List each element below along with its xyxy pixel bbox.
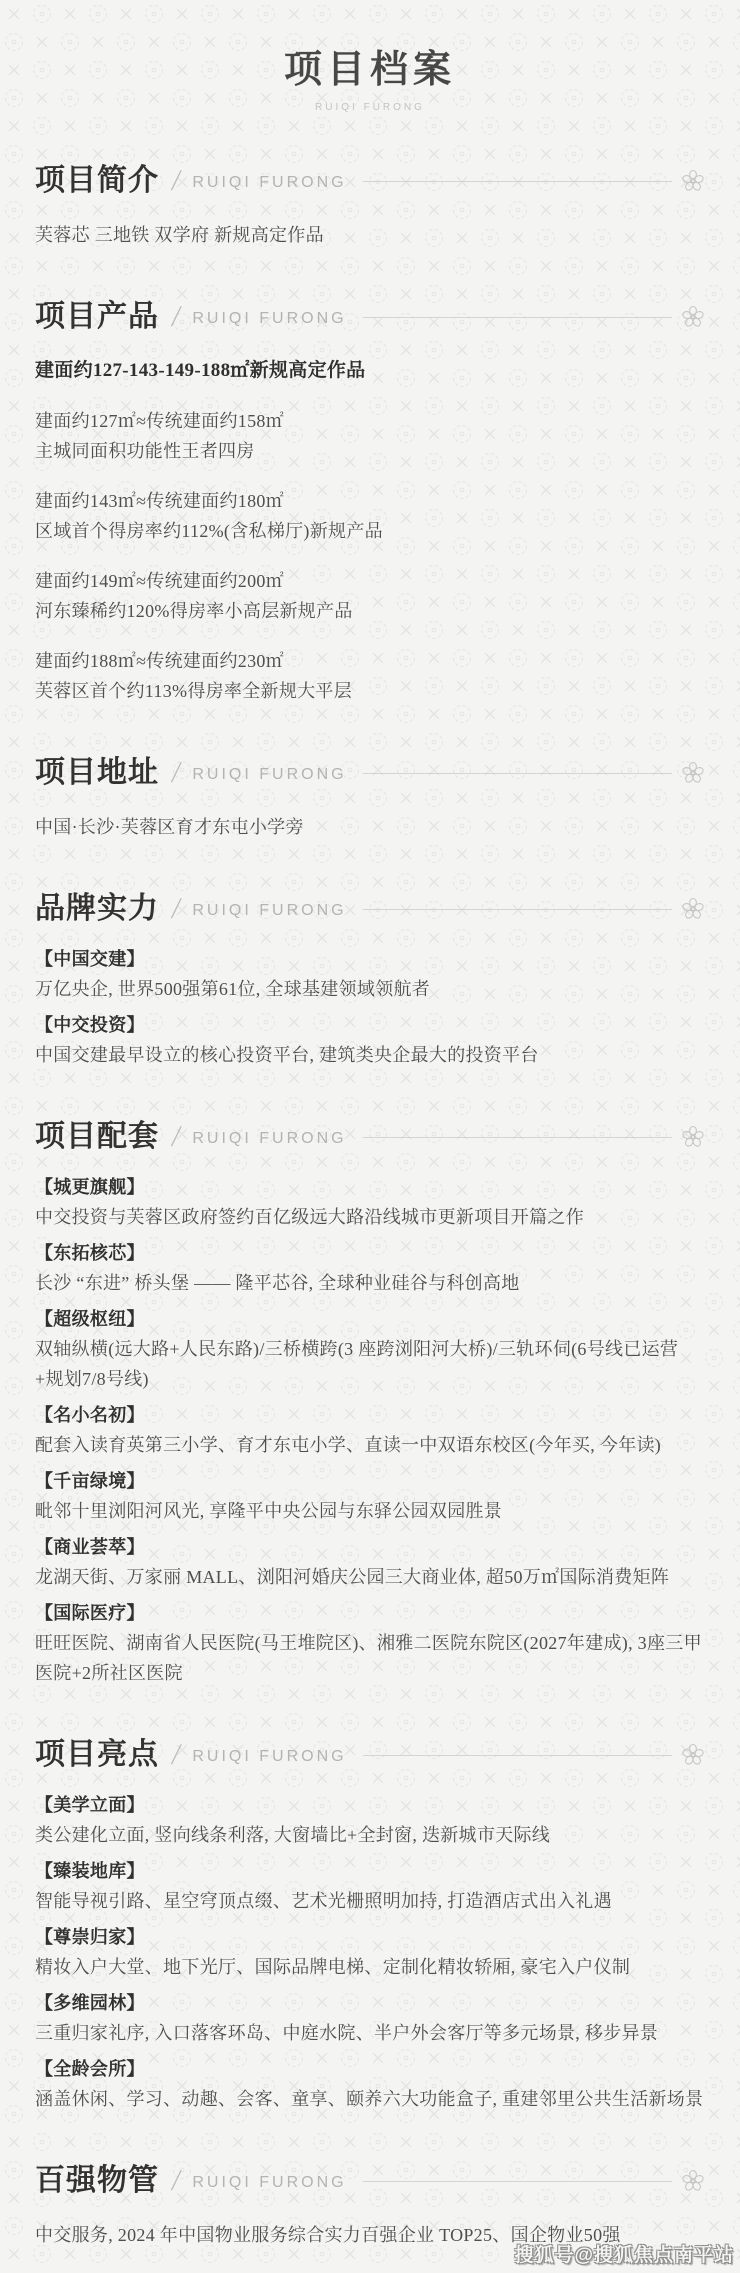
feature-item: 【中交投资】 中国交建最早设立的核心投资平台, 建筑类央企最大的投资平台	[35, 1010, 705, 1070]
feature-label: 【千亩绿境】	[35, 1466, 705, 1496]
sohu-watermark: 搜狐号@搜狐焦点南平站	[514, 2240, 734, 2267]
section-body: 【城更旗舰】 中交投资与芙蓉区政府签约百亿级远大路沿线城市更新项目开篇之作 【东…	[35, 1172, 705, 1688]
section-title: 项目亮点	[35, 1734, 159, 1776]
section-header: 项目产品 / RUIQI FURONG	[35, 296, 705, 338]
section-intro: 项目简介 / RUIQI FURONG 芙蓉芯 三地铁 双学府 新规高	[35, 160, 705, 250]
section-header: 项目配套 / RUIQI FURONG	[35, 1116, 705, 1158]
section-tag: RUIQI FURONG	[192, 170, 346, 192]
feature-text: 配套入读育英第三小学、育才东屯小学、直读一中双语东校区(今年买, 今年读)	[35, 1430, 705, 1460]
feature-label: 【城更旗舰】	[35, 1172, 705, 1202]
feature-label: 【尊崇归家】	[35, 1922, 705, 1952]
product-area: 建面约143㎡≈传统建面约180㎡	[35, 486, 705, 516]
address-text: 中国·长沙·芙蓉区育才东屯小学旁	[35, 812, 705, 842]
feature-item: 【多维园林】 三重归家礼序, 入口落客环岛、中庭水院、半户外会客厅等多元场景, …	[35, 1988, 705, 2048]
section-header: 项目简介 / RUIQI FURONG	[35, 160, 705, 202]
article-content: 项目档案 RUIQI FURONG 项目简介 / RUIQI FURONG	[0, 0, 740, 2250]
section-tag: RUIQI FURONG	[192, 762, 346, 784]
feature-text: 万亿央企, 世界500强第61位, 全球基建领域领航者	[35, 974, 705, 1004]
flower-icon	[681, 761, 705, 785]
feature-label: 【多维园林】	[35, 1988, 705, 2018]
product-item: 建面约149㎡≈传统建面约200㎡ 河东臻稀约120%得房率小高层新规产品	[35, 566, 705, 626]
flower-icon	[681, 2169, 705, 2193]
divider-line	[363, 1137, 672, 1138]
feature-text: 涵盖休闲、学习、动趣、会客、童享、颐养六大功能盒子, 重建邻里公共生活新场景	[35, 2084, 705, 2114]
feature-label: 【中国交建】	[35, 944, 705, 974]
flower-icon	[681, 305, 705, 329]
feature-text: 龙湖天街、万家丽 MALL、浏阳河婚庆公园三大商业体, 超50万㎡国际消费矩阵	[35, 1562, 705, 1592]
product-desc: 河东臻稀约120%得房率小高层新规产品	[35, 596, 705, 626]
feature-item: 【臻装地库】 智能导视引路、星空穹顶点缀、艺术光栅照明加持, 打造酒店式出入礼遇	[35, 1856, 705, 1916]
divider-line	[363, 181, 672, 182]
section-header: 项目亮点 / RUIQI FURONG	[35, 1734, 705, 1776]
divider-line	[363, 773, 672, 774]
section-title: 项目产品	[35, 296, 159, 338]
section-body: 中国·长沙·芙蓉区育才东屯小学旁	[35, 812, 705, 842]
section-tag: RUIQI FURONG	[192, 2170, 346, 2192]
feature-item: 【全龄会所】 涵盖休闲、学习、动趣、会客、童享、颐养六大功能盒子, 重建邻里公共…	[35, 2054, 705, 2114]
section-title: 项目简介	[35, 160, 159, 202]
divider-line	[363, 317, 672, 318]
section-products: 项目产品 / RUIQI FURONG 建面约127-143-149-	[35, 296, 705, 706]
feature-text: 智能导视引路、星空穹顶点缀、艺术光栅照明加持, 打造酒店式出入礼遇	[35, 1886, 705, 1916]
feature-item: 【东拓核芯】 长沙 “东进” 桥头堡 —— 隆平芯谷, 全球种业硅谷与科创高地	[35, 1238, 705, 1298]
slash-divider-icon: /	[169, 2162, 183, 2200]
section-tag: RUIQI FURONG	[192, 1126, 346, 1148]
feature-label: 【商业荟萃】	[35, 1532, 705, 1562]
feature-item: 【千亩绿境】 毗邻十里浏阳河风光, 享隆平中央公园与东驿公园双园胜景	[35, 1466, 705, 1526]
feature-item: 【中国交建】 万亿央企, 世界500强第61位, 全球基建领域领航者	[35, 944, 705, 1004]
feature-label: 【美学立面】	[35, 1790, 705, 1820]
feature-text: 毗邻十里浏阳河风光, 享隆平中央公园与东驿公园双园胜景	[35, 1496, 705, 1526]
feature-text: 精妆入户大堂、地下光厅、国际品牌电梯、定制化精妆轿厢, 豪宅入户仪制	[35, 1952, 705, 1982]
article-page: 项目档案 RUIQI FURONG 项目简介 / RUIQI FURONG	[0, 0, 740, 2273]
section-body: 【中国交建】 万亿央企, 世界500强第61位, 全球基建领域领航者 【中交投资…	[35, 944, 705, 1070]
feature-text: 双轴纵横(远大路+人民东路)/三桥横跨(3 座跨浏阳河大桥)/三轨环伺(6号线已…	[35, 1334, 705, 1394]
feature-label: 【超级枢纽】	[35, 1304, 705, 1334]
divider-line	[363, 1755, 672, 1756]
section-body: 芙蓉芯 三地铁 双学府 新规高定作品	[35, 220, 705, 250]
feature-label: 【全龄会所】	[35, 2054, 705, 2084]
divider-line	[363, 909, 672, 910]
product-area: 建面约127㎡≈传统建面约158㎡	[35, 406, 705, 436]
slash-divider-icon: /	[169, 890, 183, 928]
section-body: 【美学立面】 类公建化立面, 竖向线条利落, 大窗墙比+全封窗, 迭新城市天际线…	[35, 1790, 705, 2114]
section-highlights: 项目亮点 / RUIQI FURONG 【美学立	[35, 1734, 705, 2114]
product-desc: 主城同面积功能性王者四房	[35, 436, 705, 466]
products-lead: 建面约127-143-149-188㎡新规高定作品	[35, 356, 705, 386]
section-tag: RUIQI FURONG	[192, 306, 346, 328]
feature-text: 旺旺医院、湖南省人民医院(马王堆院区)、湘雅二医院东院区(2027年建成), 3…	[35, 1628, 705, 1688]
feature-item: 【城更旗舰】 中交投资与芙蓉区政府签约百亿级远大路沿线城市更新项目开篇之作	[35, 1172, 705, 1232]
page-title: 项目档案	[35, 48, 705, 92]
product-desc: 芙蓉区首个约113%得房率全新规大平层	[35, 676, 705, 706]
section-header: 项目地址 / RUIQI FURONG	[35, 752, 705, 794]
section-body: 建面约127-143-149-188㎡新规高定作品 建面约127㎡≈传统建面约1…	[35, 356, 705, 706]
feature-item: 【名小名初】 配套入读育英第三小学、育才东屯小学、直读一中双语东校区(今年买, …	[35, 1400, 705, 1460]
feature-label: 【国际医疗】	[35, 1598, 705, 1628]
feature-text: 长沙 “东进” 桥头堡 —— 隆平芯谷, 全球种业硅谷与科创高地	[35, 1268, 705, 1298]
feature-text: 类公建化立面, 竖向线条利落, 大窗墙比+全封窗, 迭新城市天际线	[35, 1820, 705, 1850]
product-area: 建面约188㎡≈传统建面约230㎡	[35, 646, 705, 676]
feature-label: 【名小名初】	[35, 1400, 705, 1430]
section-address: 项目地址 / RUIQI FURONG 中国·长沙·芙蓉区育才东屯小学	[35, 752, 705, 842]
section-tag: RUIQI FURONG	[192, 1744, 346, 1766]
document-header: 项目档案 RUIQI FURONG	[35, 0, 705, 114]
flower-icon	[681, 1743, 705, 1767]
product-area: 建面约149㎡≈传统建面约200㎡	[35, 566, 705, 596]
intro-text: 芙蓉芯 三地铁 双学府 新规高定作品	[35, 220, 705, 250]
feature-label: 【中交投资】	[35, 1010, 705, 1040]
divider-line	[363, 2181, 672, 2182]
feature-text: 中交投资与芙蓉区政府签约百亿级远大路沿线城市更新项目开篇之作	[35, 1202, 705, 1232]
section-title: 项目地址	[35, 752, 159, 794]
section-tag: RUIQI FURONG	[192, 898, 346, 920]
section-header: 品牌实力 / RUIQI FURONG	[35, 888, 705, 930]
product-item: 建面约188㎡≈传统建面约230㎡ 芙蓉区首个约113%得房率全新规大平层	[35, 646, 705, 706]
section-title: 品牌实力	[35, 888, 159, 930]
feature-item: 【国际医疗】 旺旺医院、湖南省人民医院(马王堆院区)、湘雅二医院东院区(2027…	[35, 1598, 705, 1688]
feature-item: 【超级枢纽】 双轴纵横(远大路+人民东路)/三桥横跨(3 座跨浏阳河大桥)/三轨…	[35, 1304, 705, 1394]
page-subtitle: RUIQI FURONG	[35, 102, 705, 114]
feature-text: 中国交建最早设立的核心投资平台, 建筑类央企最大的投资平台	[35, 1040, 705, 1070]
section-title: 项目配套	[35, 1116, 159, 1158]
feature-item: 【美学立面】 类公建化立面, 竖向线条利落, 大窗墙比+全封窗, 迭新城市天际线	[35, 1790, 705, 1850]
flower-icon	[681, 1125, 705, 1149]
slash-divider-icon: /	[169, 162, 183, 200]
feature-label: 【东拓核芯】	[35, 1238, 705, 1268]
slash-divider-icon: /	[169, 1118, 183, 1156]
feature-item: 【商业荟萃】 龙湖天街、万家丽 MALL、浏阳河婚庆公园三大商业体, 超50万㎡…	[35, 1532, 705, 1592]
feature-label: 【臻装地库】	[35, 1856, 705, 1886]
flower-icon	[681, 897, 705, 921]
product-item: 建面约127㎡≈传统建面约158㎡ 主城同面积功能性王者四房	[35, 406, 705, 466]
feature-text: 三重归家礼序, 入口落客环岛、中庭水院、半户外会客厅等多元场景, 移步异景	[35, 2018, 705, 2048]
section-amenities: 项目配套 / RUIQI FURONG 【城更旗	[35, 1116, 705, 1688]
section-title: 百强物管	[35, 2160, 159, 2202]
section-property: 百强物管 / RUIQI FURONG 中交服务, 2024 年中国物	[35, 2160, 705, 2250]
flower-icon	[681, 169, 705, 193]
section-brand: 品牌实力 / RUIQI FURONG 【中国交	[35, 888, 705, 1070]
slash-divider-icon: /	[169, 298, 183, 336]
section-header: 百强物管 / RUIQI FURONG	[35, 2160, 705, 2202]
slash-divider-icon: /	[169, 1736, 183, 1774]
slash-divider-icon: /	[169, 754, 183, 792]
feature-item: 【尊崇归家】 精妆入户大堂、地下光厅、国际品牌电梯、定制化精妆轿厢, 豪宅入户仪…	[35, 1922, 705, 1982]
product-desc: 区域首个得房率约112%(含私梯厅)新规产品	[35, 516, 705, 546]
product-item: 建面约143㎡≈传统建面约180㎡ 区域首个得房率约112%(含私梯厅)新规产品	[35, 486, 705, 546]
